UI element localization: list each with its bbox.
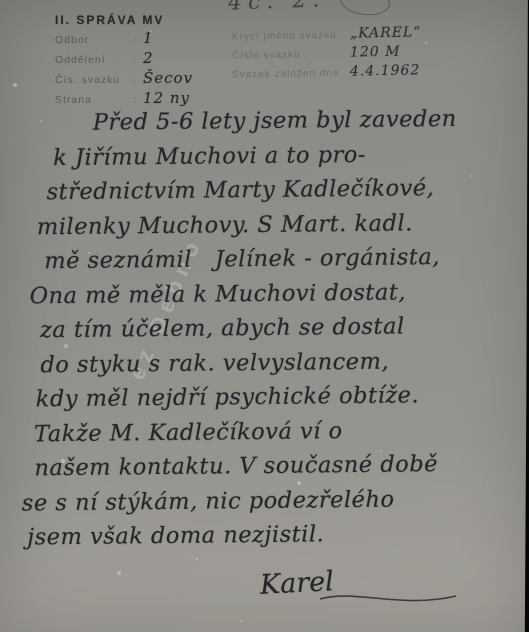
stamp-colon: : (133, 74, 143, 86)
stamp-title: II. SPRÁVA MV (55, 13, 193, 27)
stamp-label: Svazek založen dne (232, 68, 350, 81)
stamp-colon: : (133, 94, 143, 106)
stamp-value: 2 (143, 49, 154, 67)
handwritten-line: k Jiřímu Muchovi a to pro- (53, 136, 513, 175)
handwritten-line: jsem však doma nezjistil. (27, 515, 517, 555)
date-value: 4.4.1962 (350, 62, 421, 79)
stamp-label: Oddělení (55, 54, 133, 66)
stamp-row-zalozen-dne: Svazek založen dne 4.4.1962 (232, 62, 422, 84)
top-annotation: 4č. 2. (228, 0, 326, 16)
stamp-colon: : (133, 54, 143, 66)
handwritten-line: kdy měl nejdří psychické obtíže. (36, 377, 516, 417)
handwritten-line: za tím účelem, abych se dostal (40, 308, 515, 347)
handwritten-line: se s ní stýkám, nic podezřelého (22, 481, 517, 521)
handwritten-line: Ona mě měla k Muchovi dostat, (29, 274, 514, 314)
handwritten-line: mě seznámil Jelínek - orgánista, (44, 239, 514, 278)
file-number-value: 120 M (350, 44, 401, 61)
handwritten-body: Před 5-6 lety jsem byl zaveden k Jiřímu … (0, 101, 517, 555)
registration-stamp: II. SPRÁVA MV Odbor : 1 Oddělení : 2 Čís… (55, 13, 193, 107)
handwritten-line: do styku s rak. velvyslancem, (40, 343, 515, 382)
stamp-row-odbor: Odbor : 1 (55, 29, 193, 47)
stamp-colon: : (133, 34, 143, 46)
handwritten-line: milenky Muchovy. S Mart. kadl. (37, 205, 514, 244)
circled-mark (339, 0, 392, 18)
stamp-label: Odbor (55, 34, 133, 46)
stamp-label: Čís. svazku (55, 74, 133, 86)
codename-value: „KAREL“ (350, 24, 422, 41)
handwritten-line: střednictvím Marty Kadlečíkové, (46, 170, 513, 209)
stamp-row-oddeleni: Oddělení : 2 (55, 49, 193, 67)
handwritten-line: našem kontaktu. V současné době (34, 446, 516, 486)
handwritten-line: Před 5-6 lety jsem byl zaveden (93, 101, 513, 140)
file-header-stamp: Krycí jméno svazku : „KAREL“ Číslo svazk… (232, 26, 421, 83)
stamp-label: Krycí jméno svazku : (232, 30, 350, 43)
stamp-label: Číslo svazku : (232, 49, 350, 62)
stamp-label: Strana (55, 94, 133, 106)
stamp-row-cis-svazku: Čís. svazku : Šecov (55, 69, 193, 87)
paper-speckles (0, 0, 2, 2)
handwritten-line: Takže M. Kadlečíková ví o (34, 412, 516, 452)
signature-flourish (316, 583, 466, 613)
stamp-value: Šecov (143, 69, 193, 87)
stamp-value: 1 (143, 29, 154, 47)
scanned-document-page: II. SPRÁVA MV Odbor : 1 Oddělení : 2 Čís… (0, 0, 529, 632)
